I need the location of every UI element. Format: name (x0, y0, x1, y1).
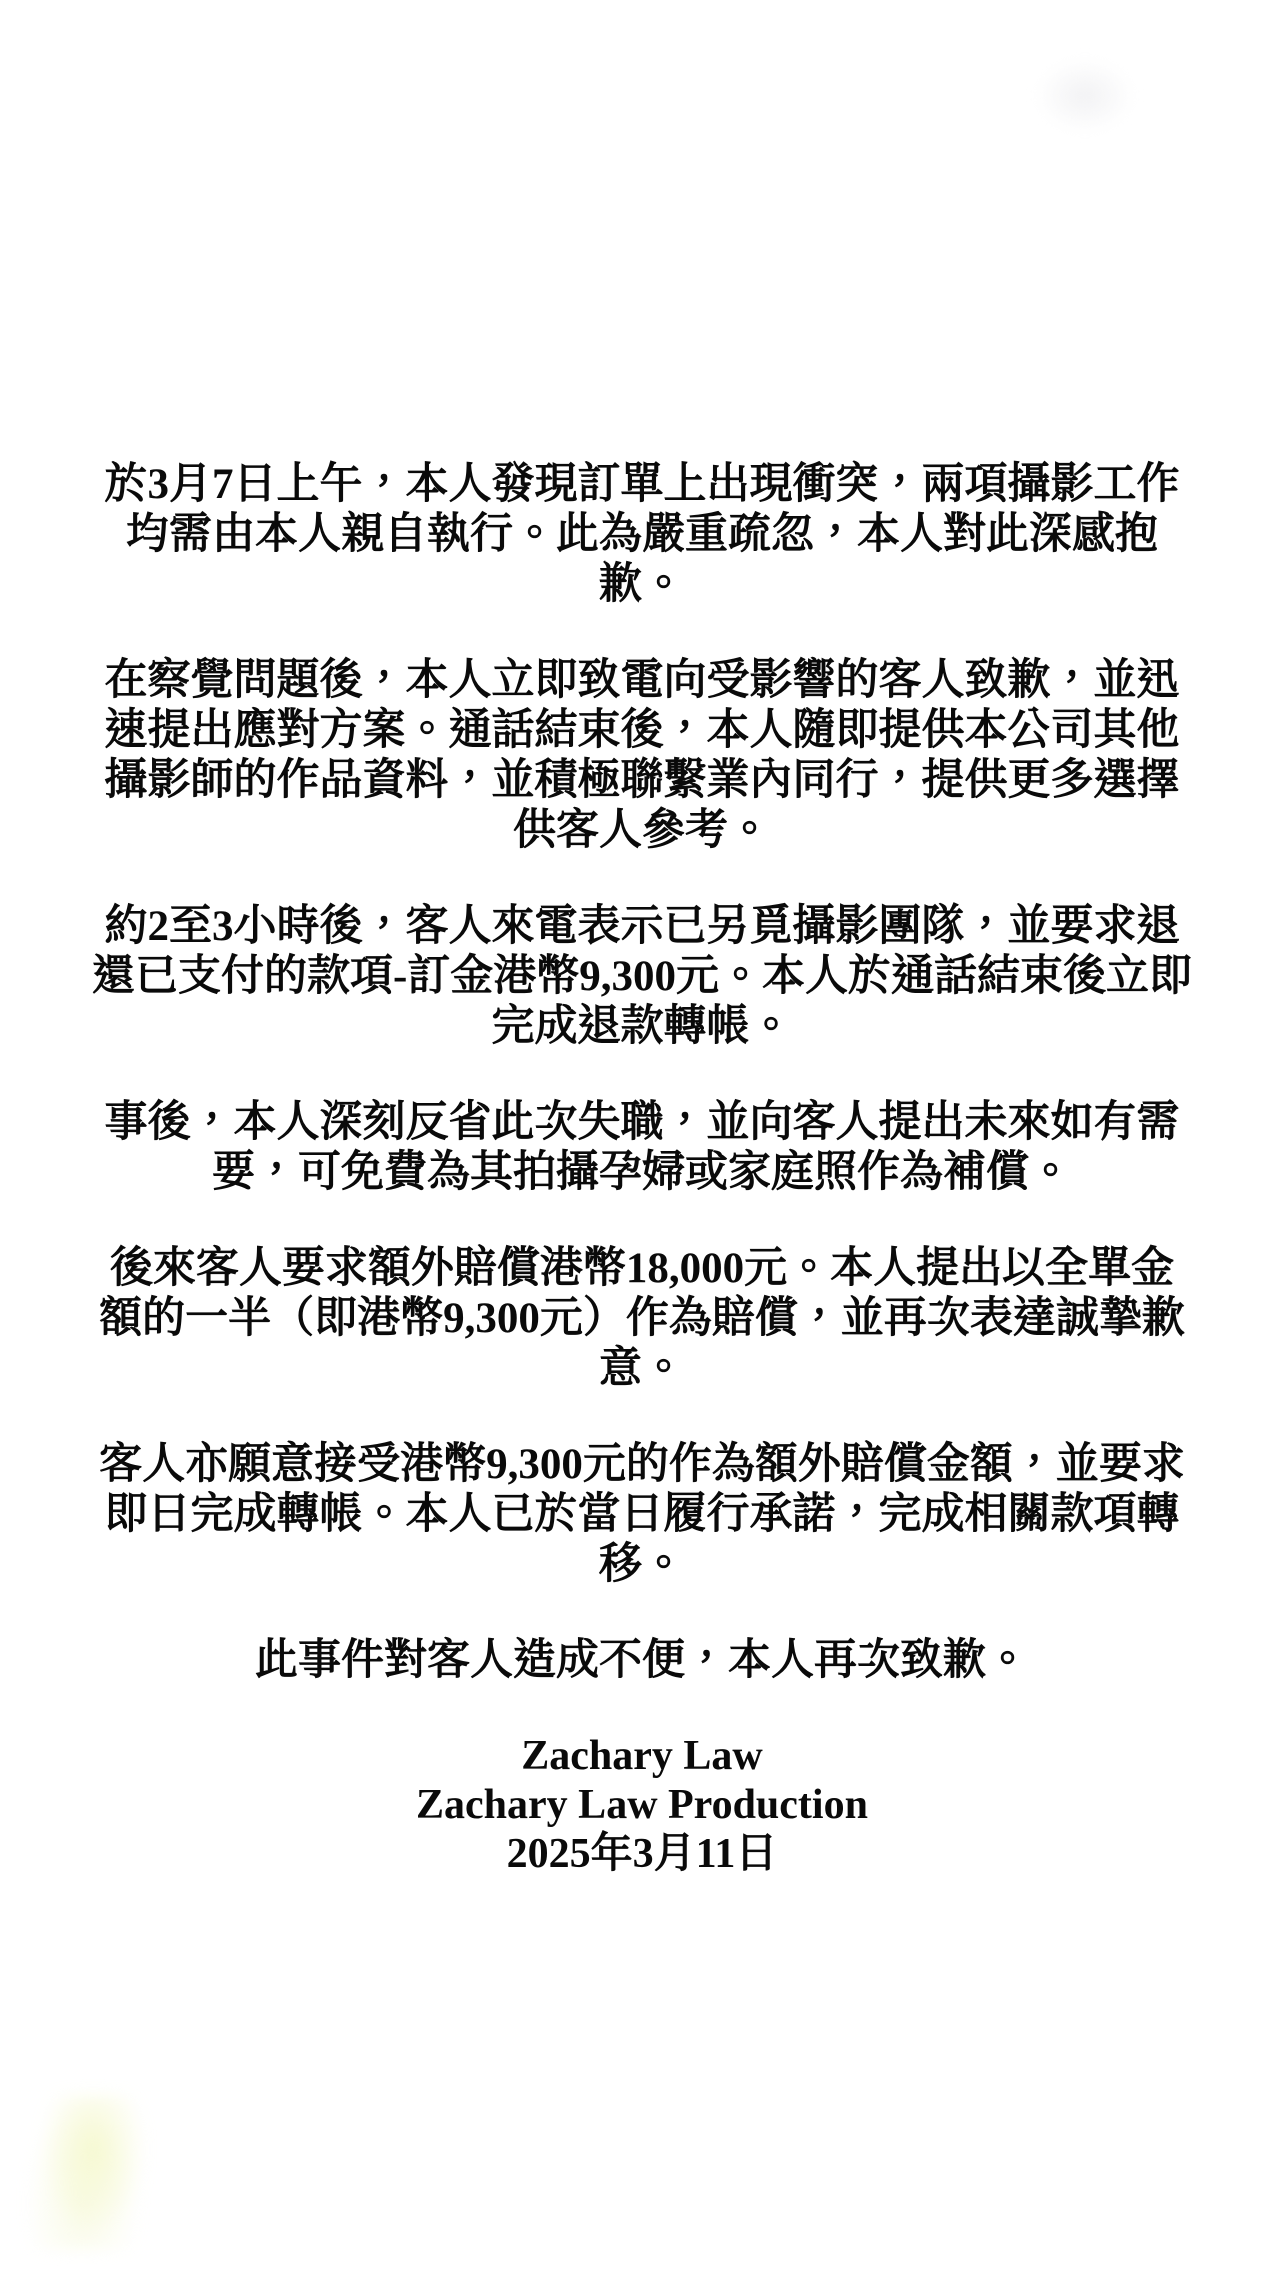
statement-body: 於3月7日上午，本人發現訂單上出現衝突，兩項攝影工作均需由本人親自執行。此為嚴重… (90, 460, 1194, 1879)
paragraph-closing-apology: 此事件對客人造成不便，本人再次致歉。 (90, 1636, 1194, 1686)
scan-artifact-top-right (1035, 58, 1135, 133)
paragraph-refund: 約2至3小時後，客人來電表示已另覓攝影團隊，並要求退還已支付的款項-訂金港幣9,… (90, 902, 1194, 1052)
paragraph-immediate-response: 在察覺問題後，本人立即致電向受影響的客人致歉，並迅速提出應對方案。通話結束後，本… (90, 656, 1194, 856)
signature-date: 2025年3月11日 (90, 1830, 1194, 1879)
apology-statement-page: 於3月7日上午，本人發現訂單上出現衝突，兩項攝影工作均需由本人親自執行。此為嚴重… (0, 0, 1284, 2282)
paragraph-incident: 於3月7日上午，本人發現訂單上出現衝突，兩項攝影工作均需由本人親自執行。此為嚴重… (90, 460, 1194, 610)
paragraph-compensation-negotiation: 後來客人要求額外賠償港幣18,000元。本人提出以全單金額的一半（即港幣9,30… (90, 1244, 1194, 1394)
signature-company: Zachary Law Production (90, 1781, 1194, 1830)
signature-name: Zachary Law (90, 1732, 1194, 1781)
paragraph-reflection-offer: 事後，本人深刻反省此次失職，並向客人提出未來如有需要，可免費為其拍攝孕婦或家庭照… (90, 1098, 1194, 1198)
signature-block: Zachary Law Zachary Law Production 2025年… (90, 1732, 1194, 1879)
paragraph-compensation-settled: 客人亦願意接受港幣9,300元的作為額外賠償金額，並要求即日完成轉帳。本人已於當… (90, 1440, 1194, 1590)
scan-artifact-bottom-left (30, 2095, 145, 2250)
